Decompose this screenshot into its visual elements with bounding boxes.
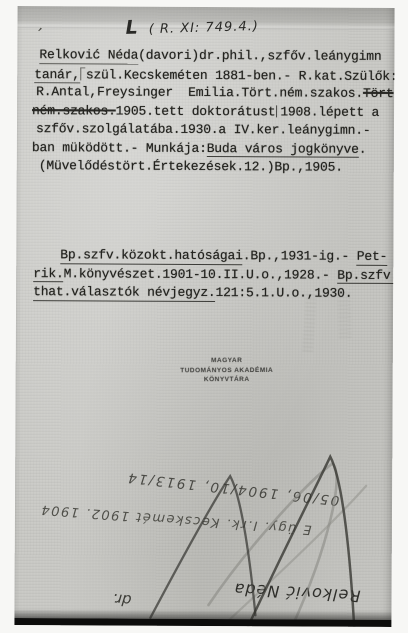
struck-text: Tört [363,86,393,101]
work-title-underlined: Buda város jogkönyve [207,141,359,158]
ink-transfer-smudge [337,292,351,338]
typed-line: R.Antal,Freysinger Emilia.Tört.ném.szako… [36,83,394,103]
typed-line: rik.M.könyvészet.1901-10.II.U.o.,1928.- … [33,265,393,285]
typed-line: Relković Néda(davori)dr.phil.,szfőv.leán… [39,46,394,66]
scan-edge-strip [14,618,391,627]
typed-line: szfőv.szolgálatába.1930.a IV.ker.leánygi… [36,120,394,140]
insertion-bracket-icon [80,67,85,80]
typed-line: ném.szakos.1905.tett doktorátust1908.lép… [32,102,394,122]
stamp-line: TUDOMÁNYOS AKADÉMIA [152,365,302,375]
struck-text: ném.szakos. [32,103,116,118]
catalog-card: L( R. XI: 749.4.) ’ Relković Néda(davori… [14,6,394,627]
handwritten-case-note: E ügy. I.rk. Kecskemét 1902. 1904 [17,500,312,537]
shelfmark-number: ( R. XI: 749.4.) [149,19,260,37]
insertion-mark-icon [276,105,279,117]
source-title-underlined: Bp.szfv. [337,267,394,284]
handwritten-title-note: dr. [86,587,132,609]
typed-line: ban müködött.- Munkája:Buda város jogkön… [32,139,394,159]
source-title-underlined: Bp.szfv.közokt.hatóságai [60,247,243,264]
ink-transfer-smudge [302,293,316,352]
typed-line: Bp.szfv.közokt.hatóságai.Bp.,1931-ig.- P… [60,246,393,266]
name-underlined: Relković Néda [39,47,138,64]
shelfmark-annotation: L( R. XI: 749.4.) [125,13,259,39]
source-title-underlined: Pet- [357,249,387,266]
source-title-underlined: rik. [33,266,63,283]
typed-line: tanár,szül.Kecskeméten 1881-ben.- R.kat.… [34,65,394,85]
handwritten-years-note: 05/06, 1904/10, 1913/14 [95,466,340,509]
stamp-line: MAGYAR [152,356,302,366]
source-title-underlined: that.választók névjegyz. [33,284,216,301]
typed-line: (Müvelődéstört.Értekezések.12.)Bp.,1905. [39,157,394,177]
biography-paragraph: Relković Néda(davori)dr.phil.,szfőv.leán… [17,46,395,177]
handwritten-name-note: Relković Néda [210,578,361,606]
shelfmark-prefix: L [125,17,139,39]
stamp-line: KÖNYVTÁRA [152,375,302,385]
library-stamp: MAGYAR TUDOMÁNYOS AKADÉMIA KÖNYVTÁRA [152,356,302,385]
